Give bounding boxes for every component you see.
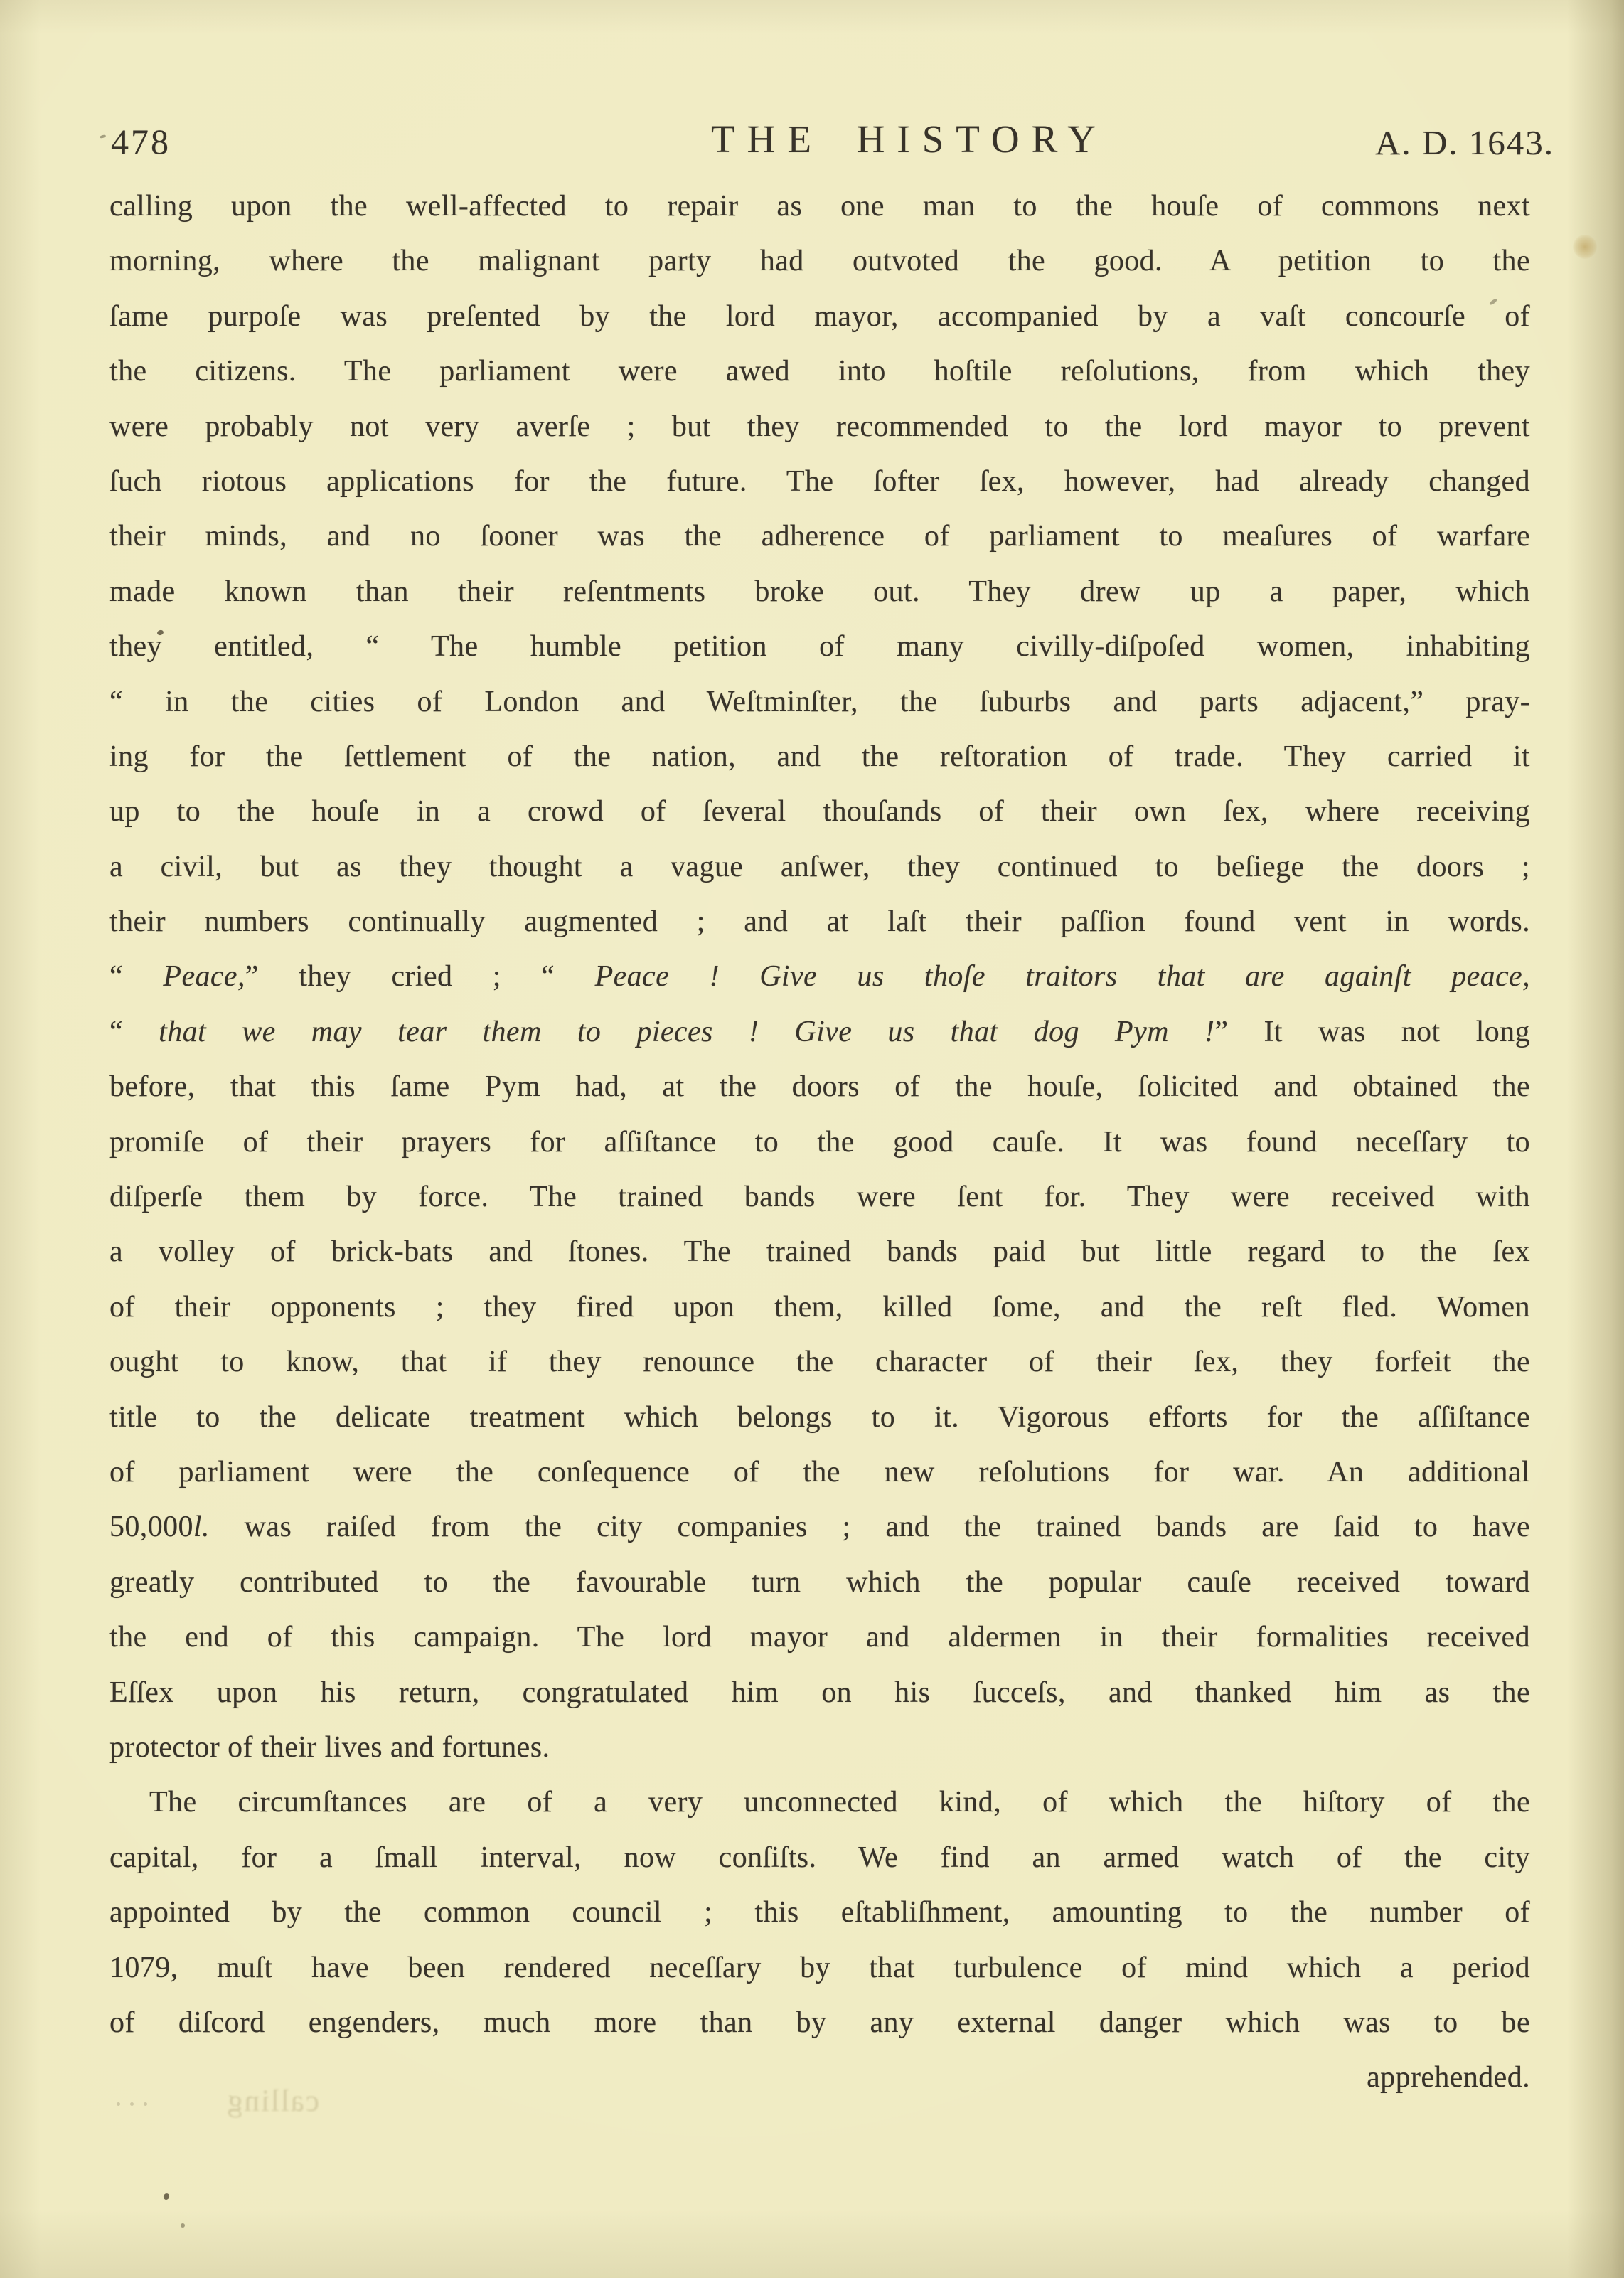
text-line: of diſcord engenders, much more than by … xyxy=(109,1996,1530,2050)
text-segment: ” they cried ; “ xyxy=(245,960,595,993)
text-segment: of their opponents ; they fired upon the… xyxy=(109,1291,1530,1324)
text-segment: their numbers continually augmented ; an… xyxy=(109,905,1530,938)
text-segment: ſuch riotous applications for the future… xyxy=(109,465,1530,498)
running-title: THE HISTORY xyxy=(711,117,1108,161)
text-line: the citizens. The parliament were awed i… xyxy=(109,344,1530,399)
date-heading: A. D. 1643. xyxy=(1375,122,1554,163)
text-line: ing for the ſettlement of the nation, an… xyxy=(109,730,1530,784)
text-segment: ing for the ſettlement of the nation, an… xyxy=(109,740,1530,773)
text-line: “ in the cities of London and Weſtminſte… xyxy=(109,675,1530,730)
stain xyxy=(1573,235,1597,259)
text-segment: ſame purpoſe was preſented by the lord m… xyxy=(109,300,1530,333)
text-segment: of diſcord engenders, much more than by … xyxy=(109,2006,1530,2039)
text-segment: title to the delicate treatment which be… xyxy=(109,1401,1530,1434)
text-segment: a civil, but as they thought a vague anſ… xyxy=(109,851,1530,883)
text-line: made known than their reſentments broke … xyxy=(109,565,1530,619)
text-segment: diſperſe them by force. The trained band… xyxy=(109,1181,1530,1213)
text-line: protector of their lives and fortunes. xyxy=(109,1720,1530,1775)
text-line: The circumſtances are of a very unconnec… xyxy=(109,1775,1530,1830)
text-line: capital, for a ſmall interval, now conſi… xyxy=(109,1831,1530,1885)
text-line: a volley of brick-bats and ſtones. The t… xyxy=(109,1225,1530,1279)
text-line: ſuch riotous applications for the future… xyxy=(109,454,1530,509)
text-segment: ought to know, that if they renounce the… xyxy=(109,1346,1530,1378)
text-segment: “ in the cities of London and Weſtminſte… xyxy=(109,686,1530,718)
page-number: 478 xyxy=(111,121,171,162)
text-segment: appointed by the common council ; this e… xyxy=(109,1896,1530,1929)
ink-speck xyxy=(181,2223,185,2228)
text-line: a civil, but as they thought a vague anſ… xyxy=(109,840,1530,895)
text-segment: morning, where the malignant party had o… xyxy=(109,245,1530,277)
text-segment: before, that this ſame Pym had, at the d… xyxy=(109,1070,1530,1103)
text-line: 1079, muſt have been rendered neceſſary … xyxy=(109,1941,1530,1996)
italic-text: Peace ! Give us thoſe traitors that are … xyxy=(595,960,1530,993)
text-segment: The circumſtances are of a very unconnec… xyxy=(149,1786,1530,1819)
text-line: were probably not very averſe ; but they… xyxy=(109,400,1530,454)
italic-text: that we may tear them to pieces ! Give u… xyxy=(159,1016,1214,1048)
text-segment: they entitled, “ The humble petition of … xyxy=(109,630,1530,663)
text-segment: Eſſex upon his return, congratulated him… xyxy=(109,1676,1530,1709)
text-line: before, that this ſame Pym had, at the d… xyxy=(109,1060,1530,1114)
text-line: apprehended. xyxy=(109,2050,1530,2105)
text-line: ſame purpoſe was preſented by the lord m… xyxy=(109,289,1530,344)
ink-speck xyxy=(100,134,107,139)
text-segment: ” It was not long xyxy=(1214,1016,1530,1048)
text-segment: 1079, muſt have been rendered neceſſary … xyxy=(109,1952,1530,1984)
text-segment: “ xyxy=(109,960,163,993)
text-line: ought to know, that if they renounce the… xyxy=(109,1335,1530,1390)
text-line: their numbers continually augmented ; an… xyxy=(109,895,1530,949)
text-line: Eſſex upon his return, congratulated him… xyxy=(109,1666,1530,1720)
ghost-text: calling xyxy=(226,2084,319,2119)
text-segment: capital, for a ſmall interval, now conſi… xyxy=(109,1841,1530,1874)
text-segment: “ xyxy=(109,1016,159,1048)
scanned-page: { "page": { "paper_color": "#f0ebc2", "i… xyxy=(0,0,1624,2278)
text-segment: was raiſed from the city companies ; and… xyxy=(210,1511,1530,1543)
text-segment: their minds, and no ſooner was the adher… xyxy=(109,520,1530,553)
faint-dots xyxy=(117,2097,173,2107)
text-line: up to the houſe in a crowd of ſeveral th… xyxy=(109,784,1530,839)
text-segment: apprehended. xyxy=(1367,2061,1530,2094)
text-line: appointed by the common council ; this e… xyxy=(109,1885,1530,1940)
text-segment: up to the houſe in a crowd of ſeveral th… xyxy=(109,795,1530,828)
text-line: “ Peace,” they cried ; “ Peace ! Give us… xyxy=(109,949,1530,1004)
text-segment: made known than their reſentments broke … xyxy=(109,575,1530,608)
text-segment: were probably not very averſe ; but they… xyxy=(109,410,1530,443)
text-segment: the end of this campaign. The lord mayor… xyxy=(109,1621,1530,1654)
text-line: promiſe of their prayers for aſſiſtance … xyxy=(109,1115,1530,1170)
text-line: they entitled, “ The humble petition of … xyxy=(109,619,1530,674)
italic-text: l. xyxy=(193,1511,210,1543)
text-block: calling upon the well-affected to repair… xyxy=(109,179,1530,2106)
text-line: “ that we may tear them to pieces ! Give… xyxy=(109,1005,1530,1060)
text-segment: the citizens. The parliament were awed i… xyxy=(109,355,1530,388)
text-line: diſperſe them by force. The trained band… xyxy=(109,1170,1530,1225)
text-segment: calling upon the well-affected to repair… xyxy=(109,190,1530,223)
text-segment: greatly contributed to the favourable tu… xyxy=(109,1566,1530,1599)
text-segment: promiſe of their prayers for aſſiſtance … xyxy=(109,1126,1530,1159)
text-segment: protector of their lives and fortunes. xyxy=(109,1731,550,1764)
text-line: title to the delicate treatment which be… xyxy=(109,1390,1530,1445)
text-line: greatly contributed to the favourable tu… xyxy=(109,1555,1530,1610)
text-line: morning, where the malignant party had o… xyxy=(109,234,1530,289)
text-line: of their opponents ; they fired upon the… xyxy=(109,1280,1530,1335)
text-segment: a volley of brick-bats and ſtones. The t… xyxy=(109,1235,1530,1268)
text-line: of parliament were the conſequence of th… xyxy=(109,1445,1530,1500)
italic-text: Peace, xyxy=(163,960,245,993)
text-segment: 50,000 xyxy=(109,1511,193,1543)
text-line: calling upon the well-affected to repair… xyxy=(109,179,1530,234)
text-line: the end of this campaign. The lord mayor… xyxy=(109,1610,1530,1665)
text-line: their minds, and no ſooner was the adher… xyxy=(109,509,1530,564)
text-segment: of parliament were the conſequence of th… xyxy=(109,1456,1530,1489)
ink-speck xyxy=(162,2193,170,2201)
text-line: 50,000l. was raiſed from the city compan… xyxy=(109,1500,1530,1555)
